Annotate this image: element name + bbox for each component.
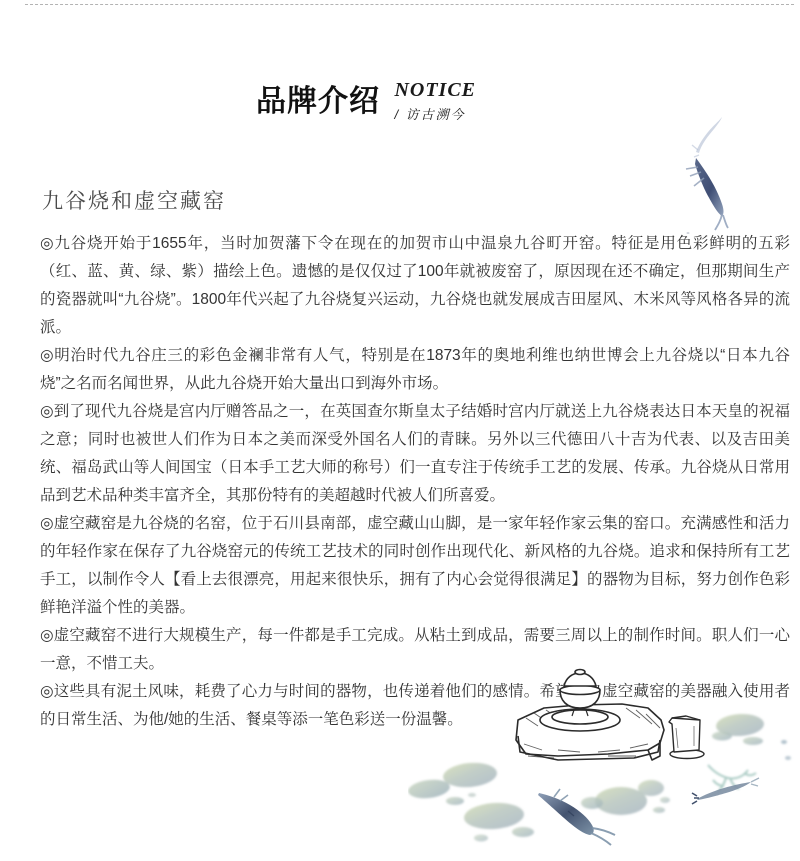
pottery-wheel-sketch xyxy=(516,670,664,761)
top-dashed-divider xyxy=(25,4,794,5)
watercolor-pebbles-right xyxy=(712,713,791,760)
pitcher-sketch xyxy=(669,716,704,759)
brand-intro-page: 品牌介绍 NOTICE / 访古溯今 九谷烧和虚空藏窑 ◎九谷烧开始于1655年… xyxy=(0,0,800,861)
brand-description: ◎九谷烧开始于1655年，当时加贺藩下令在现在的加贺市山中温泉九谷町开窑。特征是… xyxy=(40,230,790,734)
tagline-label: / 访古溯今 xyxy=(394,104,476,123)
notice-label: NOTICE xyxy=(394,80,476,100)
page-title: 品牌介绍 xyxy=(256,76,380,120)
watercolor-pebbles-middle xyxy=(581,780,670,815)
paragraph-modern-kutani: ◎到了现代九谷烧是宫内厅赠答品之一，在英国查尔斯皇太子结婚时宫内厅就送上九谷烧表… xyxy=(40,398,790,510)
watercolor-fish-pair-icon xyxy=(668,112,738,242)
paragraph-meiji-era: ◎明治时代九谷庄三的彩色金襕非常有人气，特别是在1873年的奥地利维也纳世博会上… xyxy=(40,342,790,398)
page-header-sub: NOTICE / 访古溯今 xyxy=(394,76,476,123)
pottery-scene-illustration xyxy=(408,668,798,860)
paragraph-kokuzo-kiln: ◎虚空藏窑是九谷烧的名窑，位于石川县南部，虚空藏山山脚，是一家年轻作家云集的窑口… xyxy=(40,510,790,622)
watercolor-pebbles-left xyxy=(408,761,534,842)
page-header: 品牌介绍 NOTICE / 访古溯今 xyxy=(256,76,476,123)
section-heading: 九谷烧和虚空藏窑 xyxy=(42,185,226,215)
paragraph-kutani-origin: ◎九谷烧开始于1655年，当时加贺藩下令在现在的加贺市山中温泉九谷町开窑。特征是… xyxy=(40,230,790,342)
